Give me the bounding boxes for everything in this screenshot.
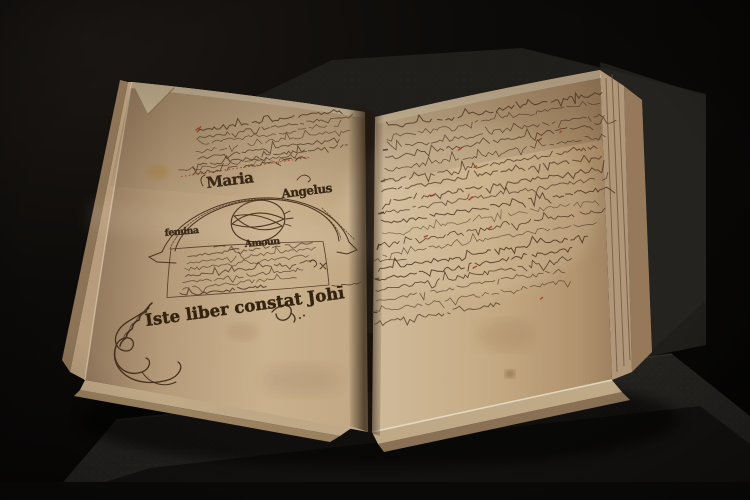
photo-vignette <box>0 0 750 500</box>
manuscript-photo: Maria Angelus femina Amoun Iste liber co… <box>0 0 750 500</box>
manuscript-photo-scene: Maria Angelus femina Amoun Iste liber co… <box>0 0 750 500</box>
